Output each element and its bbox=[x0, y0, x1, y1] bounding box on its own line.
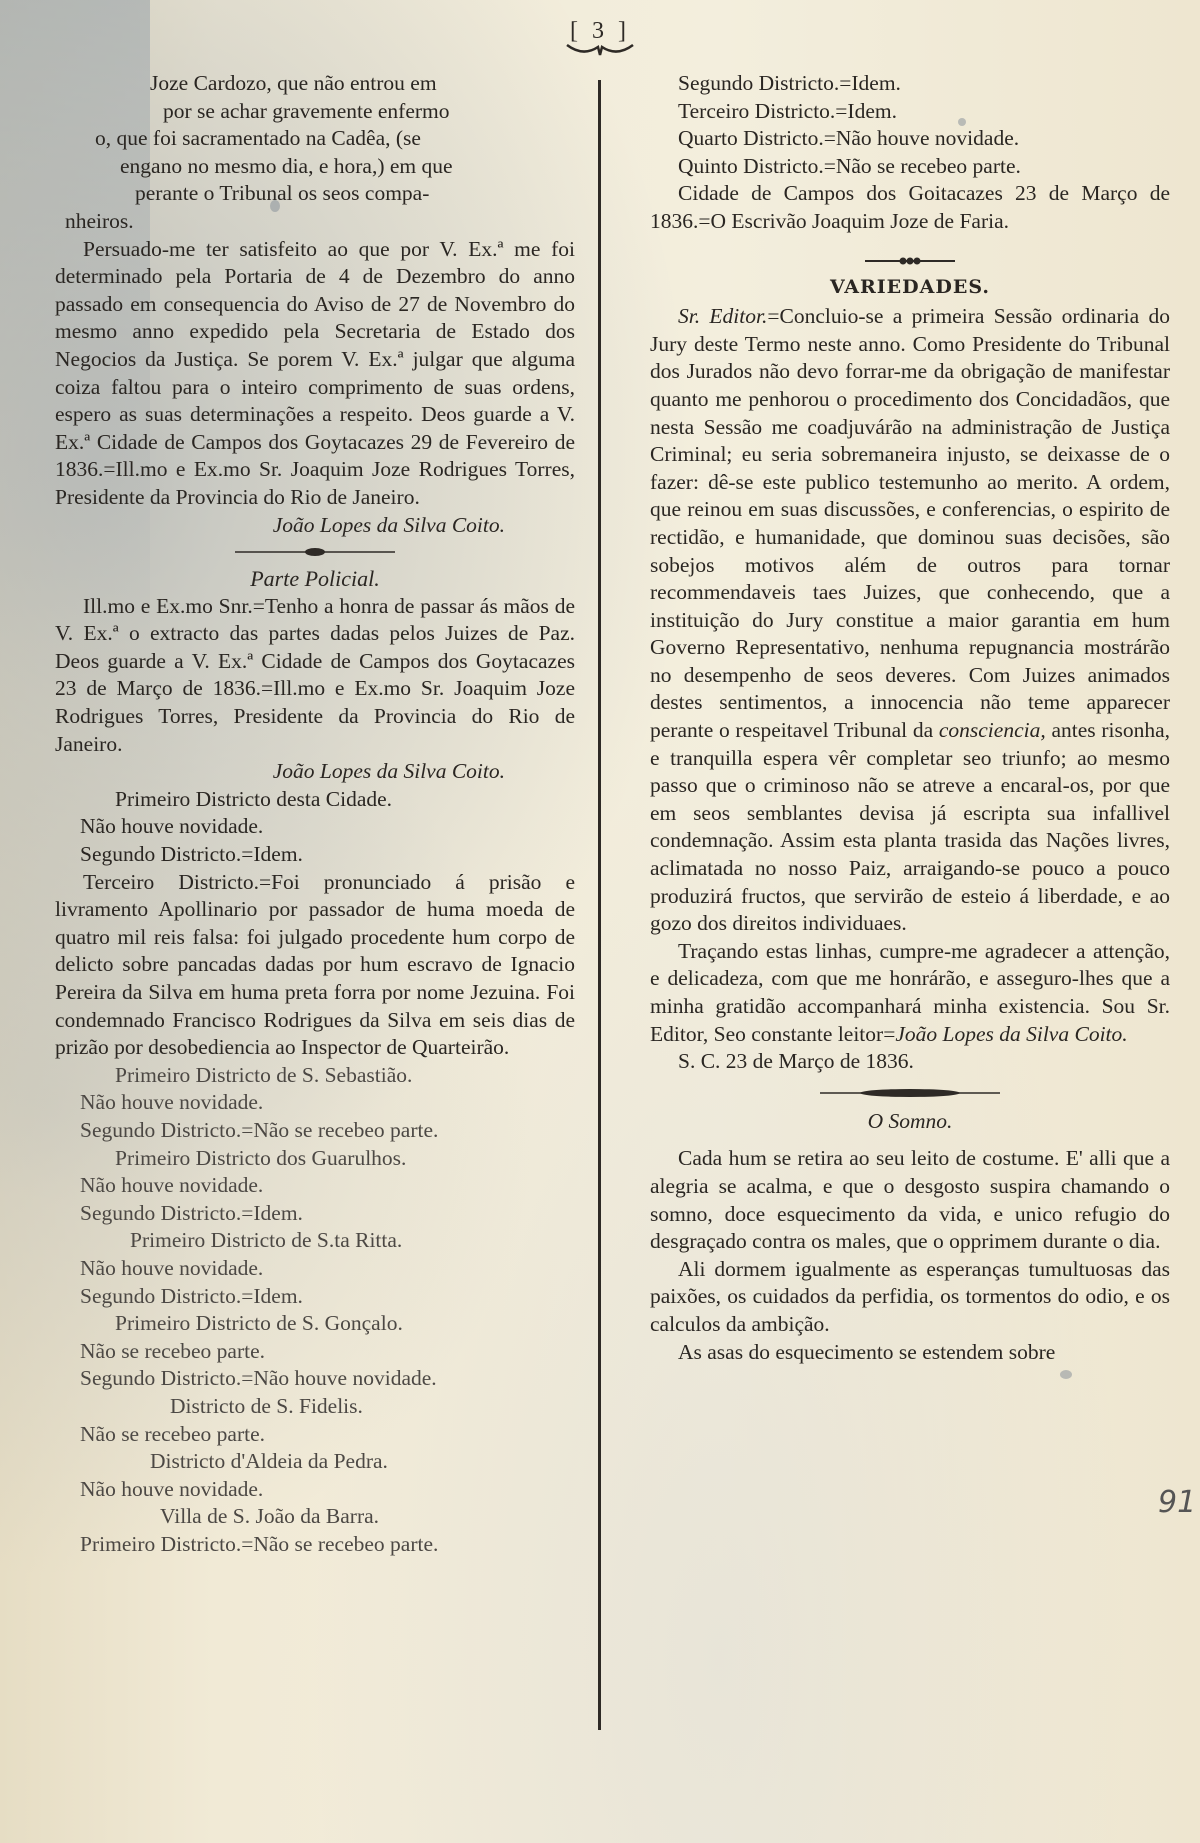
report-entry: Segundo Districto.=Idem. bbox=[55, 1200, 575, 1228]
district-heading: Primeiro Districto de S.ta Ritta. bbox=[55, 1227, 575, 1255]
newspaper-page: [ 3 ] Joze Cardozo, que não entrou em po… bbox=[0, 0, 1200, 1843]
report-entry: Não houve novidade. bbox=[55, 1476, 575, 1504]
district-heading: Primeiro Districto de S. Gonçalo. bbox=[55, 1310, 575, 1338]
divider-ornament-icon bbox=[235, 545, 395, 559]
district-heading: Districto de S. Fidelis. bbox=[55, 1393, 575, 1421]
intro-line: o, que foi sacramentado na Cadêa, (se bbox=[55, 125, 575, 153]
paragraph-policial: Ill.mo e Ex.mo Snr.=Tenho a honra de pas… bbox=[55, 593, 575, 759]
intro-line: nheiros. bbox=[55, 208, 575, 236]
report-entry: Não houve novidade. bbox=[55, 813, 575, 841]
report-entry: Não houve novidade. bbox=[55, 1172, 575, 1200]
editor-salutation: Sr. Editor. bbox=[678, 304, 767, 328]
report-entry: Segundo Districto.=Idem. bbox=[650, 70, 1170, 98]
divider-ornament-icon bbox=[865, 254, 955, 268]
district-heading: Primeiro Districto dos Guarulhos. bbox=[55, 1145, 575, 1173]
essay-title: O Somno. bbox=[650, 1108, 1170, 1136]
section-title-variedades: VARIEDADES. bbox=[650, 274, 1170, 302]
report-entry: Quarto Districto.=Não houve novidade. bbox=[650, 125, 1170, 153]
essay-paragraph: As asas do esquecimento se estendem sobr… bbox=[650, 1339, 1170, 1367]
letter-signature: João Lopes da Silva Coito. bbox=[895, 1022, 1127, 1046]
intro-line: engano no mesmo dia, e hora,) em que bbox=[55, 153, 575, 181]
handwritten-margin-note: 91 bbox=[1158, 1485, 1196, 1520]
page-header: [ 3 ] bbox=[560, 18, 640, 78]
ink-spot bbox=[1060, 1370, 1072, 1379]
divider-ornament-icon bbox=[820, 1086, 1000, 1100]
right-column: Segundo Districto.=Idem. Terceiro Distri… bbox=[650, 70, 1170, 1366]
intro-line: Joze Cardozo, que não entrou em bbox=[55, 70, 575, 98]
letter-body-end: antes risonha, e tranquilla espera vêr c… bbox=[650, 718, 1170, 935]
intro-line: perante o Tribunal os seos compa- bbox=[55, 180, 575, 208]
report-entry: Quinto Districto.=Não se recebeo parte. bbox=[650, 153, 1170, 181]
report-entry: Segundo Districto.=Idem. bbox=[55, 841, 575, 869]
signature: João Lopes da Silva Coito. bbox=[55, 758, 575, 786]
report-entry: Terceiro Districto.=Idem. bbox=[650, 98, 1170, 126]
report-entry: Segundo Districto.=Idem. bbox=[55, 1283, 575, 1311]
essay-paragraph: Cada hum se retira ao seu leito de costu… bbox=[650, 1145, 1170, 1255]
page-number: [ 3 ] bbox=[570, 18, 630, 44]
section-title-parte-policial: Parte Policial. bbox=[55, 565, 575, 593]
report-entry: Segundo Districto.=Não se recebeo parte. bbox=[55, 1117, 575, 1145]
report-entry: Segundo Districto.=Não houve novidade. bbox=[55, 1365, 575, 1393]
district-heading: Districto d'Aldeia da Pedra. bbox=[55, 1448, 575, 1476]
report-entry: Primeiro Districto.=Não se recebeo parte… bbox=[55, 1531, 575, 1559]
report-entry: Não se recebeo parte. bbox=[55, 1421, 575, 1449]
district-heading: Primeiro Districto de S. Sebastião. bbox=[55, 1062, 575, 1090]
column-divider bbox=[598, 80, 601, 1730]
letter-italic-word: consciencia, bbox=[939, 718, 1046, 742]
report-entry: Não se recebeo parte. bbox=[55, 1338, 575, 1366]
report-entry: Não houve novidade. bbox=[55, 1089, 575, 1117]
intro-line: por se achar gravemente enfermo bbox=[55, 98, 575, 126]
report-entry: Não houve novidade. bbox=[55, 1255, 575, 1283]
page-number-value: 3 bbox=[592, 18, 608, 44]
paragraph-persuado: Persuado-me ter satisfeito ao que por V.… bbox=[55, 236, 575, 512]
left-column: Joze Cardozo, que não entrou em por se a… bbox=[55, 70, 575, 1558]
district-heading: Villa de S. João da Barra. bbox=[55, 1503, 575, 1531]
essay-paragraph: Ali dormem igualmente as esperanças tumu… bbox=[650, 1256, 1170, 1339]
letter-body: =Concluio-se a primeira Sessão ordinaria… bbox=[650, 304, 1170, 742]
letter-date: S. C. 23 de Março de 1836. bbox=[650, 1048, 1170, 1076]
district-heading: Primeiro Districto desta Cidade. bbox=[55, 786, 575, 814]
signature: João Lopes da Silva Coito. bbox=[55, 512, 575, 540]
report-closing: Cidade de Campos dos Goitacazes 23 de Ma… bbox=[650, 180, 1170, 235]
report-entry: Terceiro Districto.=Foi pronunciado á pr… bbox=[55, 869, 575, 1062]
